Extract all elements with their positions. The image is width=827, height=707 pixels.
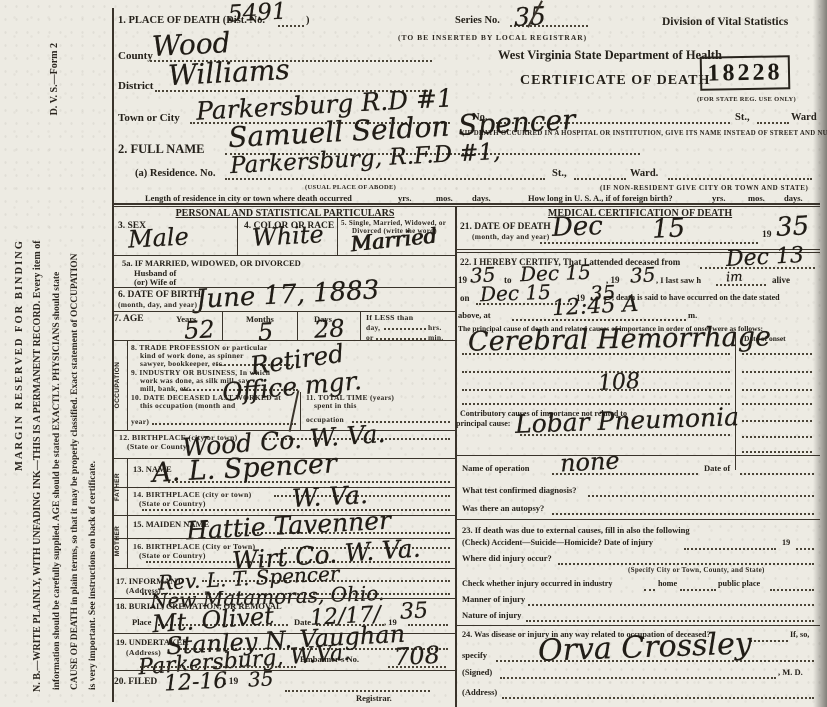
- howlong-label: How long in U. S. A., if of foreign birt…: [528, 193, 673, 203]
- onset-line-2: [742, 371, 812, 373]
- specify-city-note: (Specify City or Town, County, and State…: [628, 566, 765, 574]
- home-label: home: [658, 579, 677, 588]
- dod-note: (month, day and year): [472, 232, 550, 241]
- ifso-label: If, so,: [790, 630, 809, 639]
- lastworked-line: [152, 423, 296, 425]
- check-accident-label: (Check) Accident—Suicide—Homicide? Date …: [462, 538, 653, 547]
- specify-label: specify: [462, 650, 487, 660]
- ifless-hrs-line: [384, 328, 426, 330]
- onset-line-7: [742, 451, 812, 453]
- wife-of-label: (or) Wife of: [134, 277, 176, 287]
- row-a-rule: [112, 255, 455, 256]
- contributory-bottom-rule: [456, 455, 820, 456]
- industry-check-line: [644, 589, 655, 591]
- operation-line: [552, 473, 698, 475]
- death-time-value: 12:45 A: [551, 292, 638, 321]
- dist-no-line: [278, 25, 304, 27]
- lastsaw-blank-value: im: [726, 270, 743, 286]
- m-suffix-label: m.: [688, 310, 697, 320]
- right-section-title: MEDICAL CERTIFICATION OF DEATH: [470, 208, 810, 219]
- birthplace-label-2: (State or County): [127, 442, 190, 451]
- dist-no-value: 5491: [227, 0, 287, 28]
- residence-st-label: St.,: [552, 168, 567, 179]
- cause-line-2: [462, 371, 730, 373]
- lastsaw-label: , I last saw h: [656, 275, 701, 285]
- yrs2-label: yrs.: [712, 193, 725, 203]
- lastsaw-date-value: Dec 15: [480, 280, 552, 306]
- row-6-rule: [112, 311, 455, 312]
- dob-note: (month, day, and year): [118, 300, 197, 309]
- test-line: [588, 495, 814, 497]
- abode-note: (USUAL PLACE OF ABODE): [305, 184, 396, 191]
- attended-from-value: Dec 13: [725, 243, 804, 272]
- contributory-line: [520, 434, 730, 436]
- nature-injury-line: [526, 620, 814, 622]
- manner-injury-label: Manner of injury: [462, 594, 525, 604]
- embalmer-no-value: 708: [393, 641, 440, 671]
- occupation-strip-rule: [127, 341, 128, 430]
- related-line: [750, 640, 788, 642]
- division-title: Division of Vital Statistics: [662, 16, 788, 28]
- cause-line-1: [462, 353, 730, 355]
- death-time-line: [512, 319, 686, 321]
- department-title: West Virginia State Department of Health: [498, 48, 722, 63]
- certificate-number-stamp: 18228: [700, 55, 791, 91]
- dod-year-value: 35: [775, 211, 810, 243]
- dod-day-value: 15: [651, 213, 686, 245]
- dod-month-value: Dec: [551, 211, 603, 243]
- nature-injury-label: Nature of injury: [462, 610, 521, 620]
- death-certificate-scan: MARGIN RESERVED FOR BINDING N. B.—WRITE …: [0, 0, 827, 707]
- dod-line: [540, 242, 758, 244]
- margin-reserved-text: MARGIN RESERVED FOR BINDING: [14, 10, 25, 700]
- injury-y19-label: 19: [782, 538, 790, 547]
- lastworked-year-label: year): [131, 417, 149, 426]
- registrar-note: (TO BE INSERTED BY LOCAL REGISTRAR): [398, 33, 587, 42]
- filed-year-value: 35: [247, 666, 274, 691]
- signed-line: [500, 677, 776, 679]
- alive-label: alive: [772, 275, 790, 285]
- ifless-day-label: day,: [366, 323, 380, 332]
- public-place-label: public place: [718, 579, 760, 588]
- md-label: , M. D.: [778, 667, 803, 677]
- age-divider-2: [297, 311, 298, 340]
- header-separator-rule2: [112, 206, 820, 207]
- margin-nb-text: N. B.—WRITE PLAINLY, WITH UNFADING INK—T…: [32, 7, 43, 702]
- autopsy-label: Was there an autopsy?: [462, 503, 544, 513]
- series-label: Series No.: [455, 15, 500, 26]
- test-label: What test confirmed diagnosis?: [462, 485, 577, 495]
- series-value: 35: [513, 1, 546, 32]
- town-label: Town or City: [118, 112, 180, 124]
- district-label: District: [118, 80, 153, 92]
- where-injury-label: Where did injury occur?: [462, 553, 552, 563]
- dod-label: 21. DATE OF DEATH: [460, 222, 551, 232]
- aboveat-label: above, at: [458, 310, 491, 320]
- residence-st-line: [574, 178, 626, 180]
- cause-line-3: [462, 389, 730, 391]
- certificate-title: CERTIFICATE OF DEATH: [520, 73, 710, 89]
- street-line: [757, 122, 789, 124]
- onset-line-3: [742, 389, 812, 391]
- trade-label-3: sawyer, bookkeeper, etc.: [140, 359, 224, 368]
- injury-year-line: [796, 548, 814, 550]
- mother-strip-rule: [127, 516, 128, 568]
- totaltime-label-2: spent in this: [314, 401, 357, 410]
- residence-ward-label: Ward.: [630, 168, 658, 179]
- certify-y19b-label: 19: [458, 275, 467, 285]
- burial-place-label: Place: [132, 617, 151, 627]
- industry-check-label: Check whether injury occurred in industr…: [462, 579, 613, 588]
- father-bp-label-1: 14. BIRTHPLACE (city or town): [133, 490, 252, 499]
- column-divider-rule: [455, 206, 457, 707]
- scan-edge-shadow: [813, 0, 827, 707]
- external-causes-label: 23. If death was due to external causes,…: [462, 525, 690, 535]
- public-place-line: [770, 589, 814, 591]
- days2-label: days.: [784, 193, 803, 203]
- autopsy-bottom-rule: [456, 519, 820, 520]
- dob-label: 6. DATE OF BIRTH: [118, 290, 201, 300]
- margin-important-text: is very important. See instructions on b…: [88, 7, 98, 702]
- onset-line-6: [742, 436, 812, 438]
- physician-signature: Orva Crossley: [537, 626, 752, 668]
- race-value: White: [251, 220, 324, 252]
- registrar-line: [285, 690, 430, 692]
- ifless-label-1: If LESS than: [366, 313, 413, 322]
- age-divider-1: [222, 311, 223, 340]
- onset-line-4: [742, 403, 812, 405]
- residence-line: [225, 178, 545, 180]
- left-section-title: PERSONAL AND STATISTICAL PARTICULARS: [130, 208, 440, 219]
- mother-side-label: MOTHER: [114, 516, 121, 566]
- mother-bp-label-2: (State or Country): [139, 551, 206, 560]
- length-residence-label: Length of residence in city or town wher…: [145, 193, 352, 203]
- age-label: 7. AGE: [114, 314, 144, 324]
- signed-label: (Signed): [462, 667, 492, 677]
- lastworked-label-2: this occupation (month and: [140, 401, 236, 410]
- full-name-label: 2. FULL NAME: [118, 142, 204, 157]
- residence-ward-line: [668, 178, 812, 180]
- mos1-label: mos.: [436, 193, 453, 203]
- dateof-line: [740, 473, 814, 475]
- residence-label: (a) Residence. No.: [135, 168, 215, 179]
- on-label: on: [460, 293, 470, 303]
- occupation-side-label: OCCUPATION: [114, 342, 121, 428]
- filed-y19-label: , 19: [224, 677, 238, 687]
- filed-label: 20. FILED: [114, 677, 157, 687]
- margin-cause-text: CAUSE OF DEATH in plain terms, so that i…: [70, 7, 80, 702]
- race-marital-divider: [337, 218, 338, 255]
- street-label: St.,: [735, 112, 750, 123]
- filed-date-value: 12-16: [163, 668, 228, 696]
- hrs-label: hrs.: [428, 323, 442, 332]
- contributory-label-2: principal cause:: [456, 419, 510, 428]
- burial-year-line: [408, 624, 448, 626]
- mos2-label: mos.: [748, 193, 765, 203]
- where-injury-line: [558, 563, 814, 565]
- margin-info-text: information should be carefully supplied…: [52, 7, 62, 702]
- married-widowed-label: 5a. IF MARRIED, WIDOWED, OR DIVORCED: [122, 258, 301, 268]
- yrs1-label: yrs.: [398, 193, 411, 203]
- operation-label: Name of operation: [462, 463, 530, 473]
- cause-code-value: 108: [597, 369, 640, 396]
- onset-line-5: [742, 420, 812, 422]
- nonresident-note: (IF NON-RESIDENT GIVE CITY OR TOWN AND S…: [600, 184, 808, 192]
- autopsy-line: [552, 513, 814, 515]
- dod-y19-label: 19: [762, 230, 772, 240]
- onset-line-1: [742, 353, 812, 355]
- place-close-paren: ): [306, 15, 310, 26]
- home-line: [680, 589, 716, 591]
- county-label: County: [118, 50, 153, 62]
- address-label: (Address): [462, 687, 497, 697]
- row-13-rule: [112, 487, 455, 488]
- days1-label: days.: [472, 193, 491, 203]
- date-injury-line: [684, 548, 776, 550]
- nature-bottom-rule: [456, 625, 820, 626]
- registrar-label: Registrar.: [356, 693, 392, 703]
- to-year-value: 35: [629, 262, 656, 287]
- row-7-rule: [112, 340, 455, 341]
- district-value: Williams: [167, 53, 290, 92]
- age-divider-3: [360, 311, 361, 340]
- dateof-label: Date of: [704, 463, 730, 473]
- address-line: [502, 697, 814, 699]
- state-reg-note: (FOR STATE REG. USE ONLY): [697, 96, 796, 103]
- manner-injury-line: [528, 604, 814, 606]
- sex-value: Male: [127, 222, 189, 253]
- sex-race-divider: [237, 218, 238, 255]
- header-separator-rule: [112, 203, 820, 205]
- dob-value: June 17, 1883: [195, 275, 380, 315]
- father-bp-label-2: (State or Country): [139, 499, 206, 508]
